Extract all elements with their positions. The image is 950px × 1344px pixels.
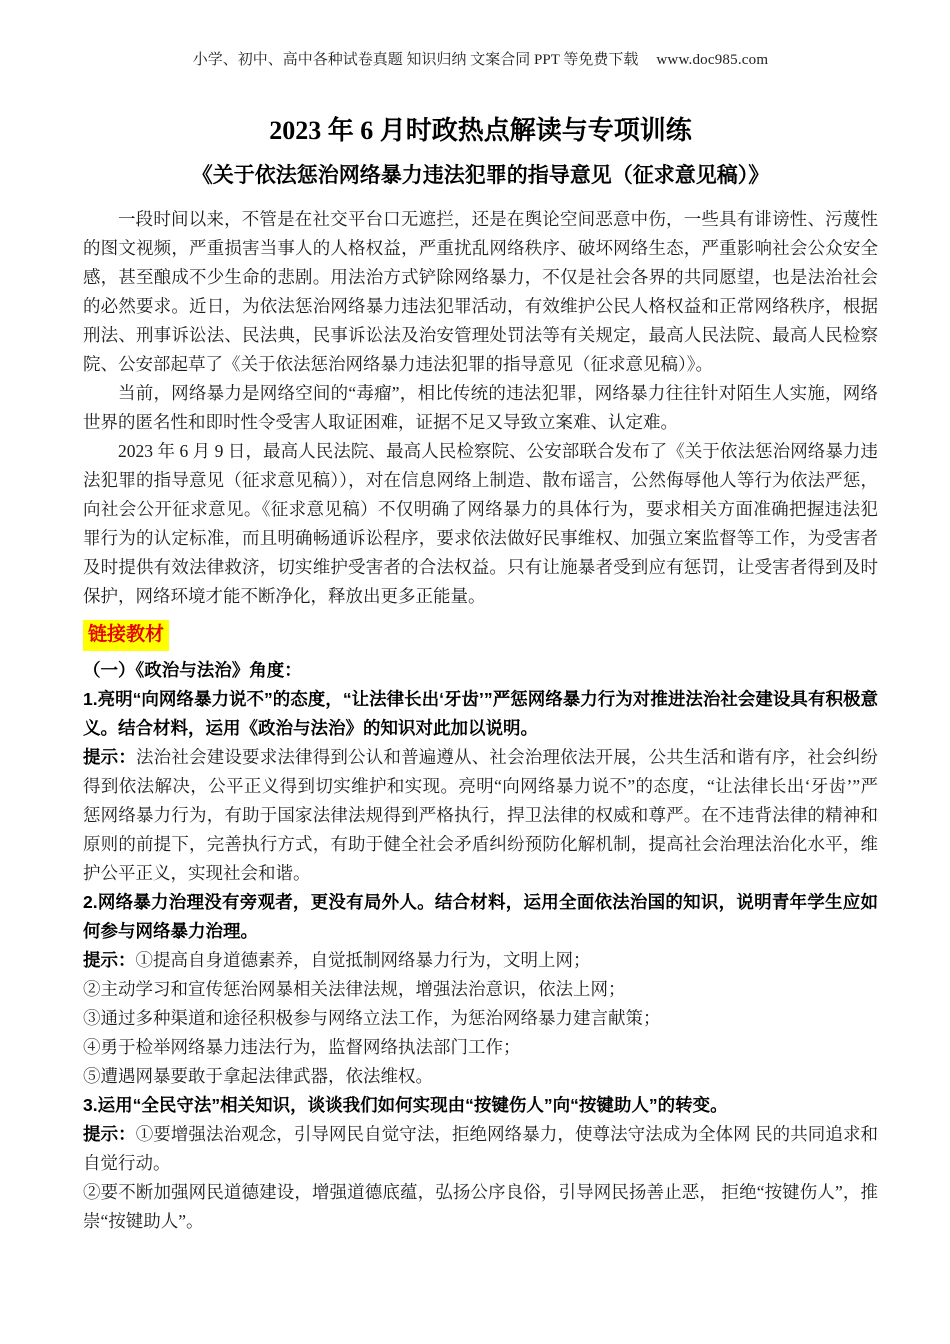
question-3-heading: 3.运用“全民守法”相关知识，谈谈我们如何实现由“按键伤人”向“按键助人”的转变… <box>83 1091 878 1120</box>
document-body: 一段时间以来，不管是在社交平台口无遮拦，还是在舆论空间恶意中伤，一些具有诽谤性、… <box>83 205 878 1236</box>
section-heading: （一）《政治与法治》角度： <box>83 656 878 685</box>
header-promo-text: 小学、初中、高中各种试卷真题 知识归纳 文案合同 PPT 等免费下载 <box>193 52 639 68</box>
question-2-hint-item-4: ④勇于检举网络暴力违法行为，监督网络执法部门工作； <box>83 1033 878 1062</box>
intro-paragraph-2: 当前，网络暴力是网络空间的“毒瘤”，相比传统的违法犯罪，网络暴力往往针对陌生人实… <box>83 379 878 437</box>
hint-label-2: 提示： <box>83 950 136 970</box>
intro-paragraph-1: 一段时间以来，不管是在社交平台口无遮拦，还是在舆论空间恶意中伤，一些具有诽谤性、… <box>83 205 878 379</box>
question-2-hint-item-2: ②主动学习和宣传惩治网暴相关法律法规，增强法治意识，依法上网； <box>83 975 878 1004</box>
question-2-hint-item-1: ①提高自身道德素养，自觉抵制网络暴力行为，文明上网； <box>136 950 591 970</box>
document-title: 2023 年 6 月时政热点解读与专项训练 <box>83 114 878 148</box>
question-3-hint-item-2: ②要不断加强网民道德建设，增强道德底蕴，弘扬公序良俗，引导网民扬善止恶， 拒绝“… <box>83 1178 878 1236</box>
question-1-hint: 提示：法治社会建设要求法律得到公认和普遍遵从、社会治理依法开展，公共生活和谐有序… <box>83 743 878 888</box>
header-site-url[interactable]: www.doc985.com <box>656 52 768 68</box>
question-2-hint-line-1: 提示：①提高自身道德素养，自觉抵制网络暴力行为，文明上网； <box>83 946 878 975</box>
textbook-link-badge-row: 链接教材 <box>83 620 878 651</box>
hint-label-3: 提示： <box>83 1124 136 1144</box>
question-2-hint-item-3: ③通过多种渠道和途径积极参与网络立法工作，为惩治网络暴力建言献策； <box>83 1004 878 1033</box>
document-subtitle: 《关于依法惩治网络暴力违法犯罪的指导意见（征求意见稿）》 <box>83 161 878 190</box>
question-2-hint-item-5: ⑤遭遇网暴要敢于拿起法律武器，依法维权。 <box>83 1062 878 1091</box>
question-3-hint-item-1: ①要增强法治观念，引导网民自觉守法，拒绝网络暴力，使尊法守法成为全体网 民的共同… <box>83 1124 878 1173</box>
hint-label-1: 提示： <box>83 747 136 767</box>
question-2-heading: 2.网络暴力治理没有旁观者，更没有局外人。结合材料，运用全面依法治国的知识，说明… <box>83 888 878 946</box>
question-1-heading: 1.亮明“向网络暴力说不”的态度，“让法律长出‘牙齿’”严惩网络暴力行为对推进法… <box>83 685 878 743</box>
intro-paragraph-3: 2023 年 6 月 9 日，最高人民法院、最高人民检察院、公安部联合发布了《关… <box>83 437 878 611</box>
textbook-link-badge: 链接教材 <box>83 620 169 651</box>
question-1-hint-text: 法治社会建设要求法律得到公认和普遍遵从、社会治理依法开展，公共生活和谐有序，社会… <box>83 747 878 883</box>
page-header: 小学、初中、高中各种试卷真题 知识归纳 文案合同 PPT 等免费下载www.do… <box>83 50 878 70</box>
document-page: 小学、初中、高中各种试卷真题 知识归纳 文案合同 PPT 等免费下载www.do… <box>0 0 950 1344</box>
question-3-hint-line-1: 提示：①要增强法治观念，引导网民自觉守法，拒绝网络暴力，使尊法守法成为全体网 民… <box>83 1120 878 1178</box>
